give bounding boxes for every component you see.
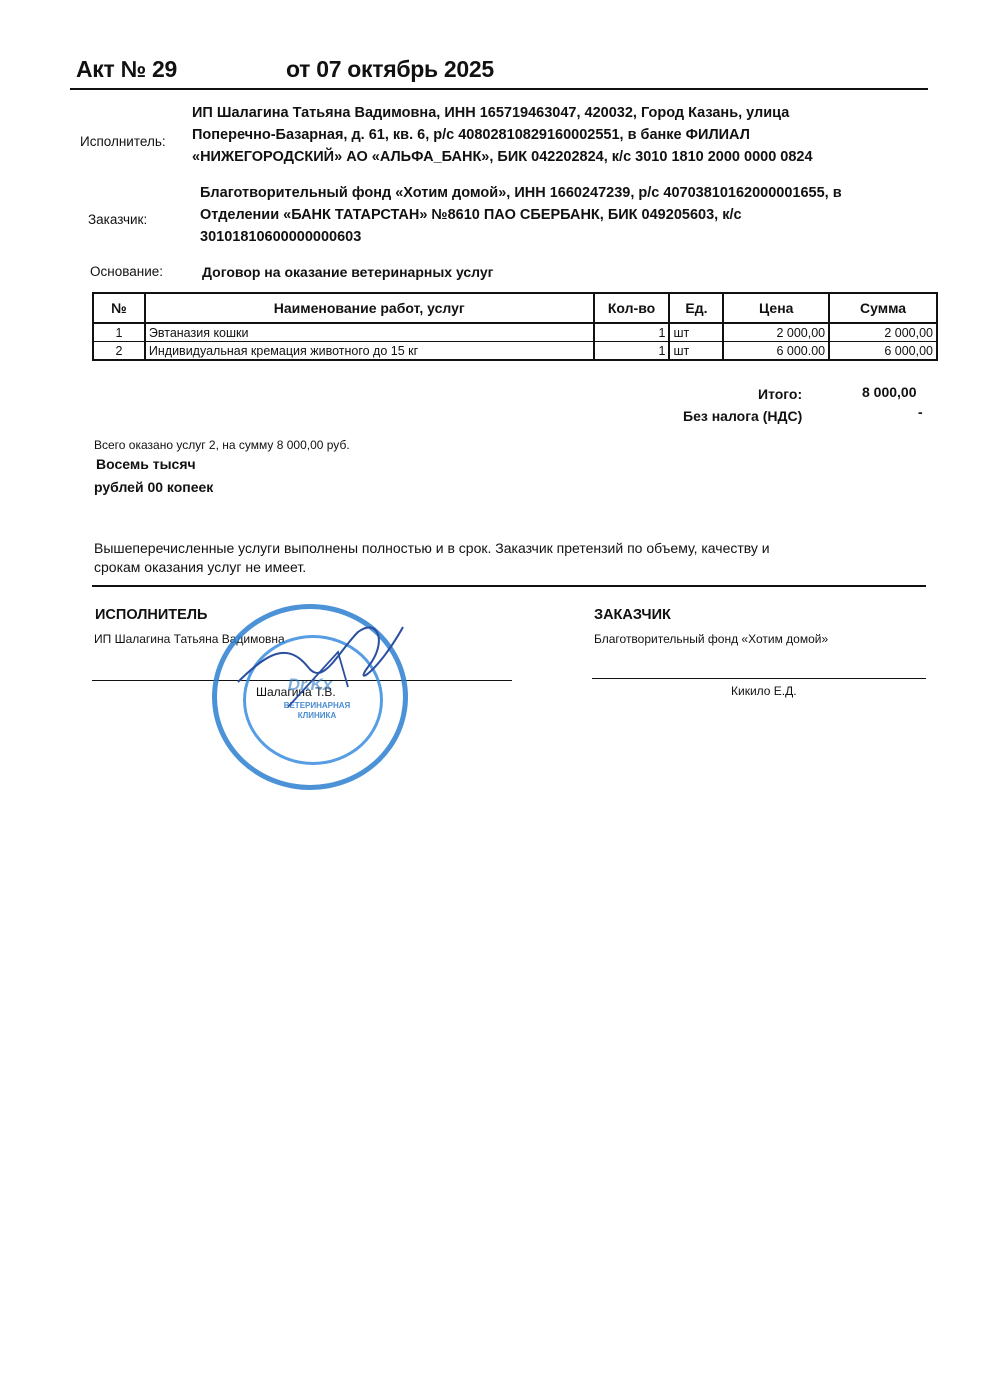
vat-value: - — [918, 404, 923, 420]
statement-divider — [92, 585, 926, 587]
col-header-unit: Ед. — [669, 293, 723, 323]
cell-qty: 1 — [594, 342, 670, 361]
cell-num: 1 — [93, 323, 145, 342]
executor-label: Исполнитель: — [80, 134, 166, 149]
col-header-sum: Сумма — [829, 293, 937, 323]
executor-line: Поперечно-Базарная, д. 61, кв. 6, р/с 40… — [192, 124, 813, 146]
cell-num: 2 — [93, 342, 145, 361]
completion-statement: Вышеперечисленные услуги выполнены полно… — [94, 539, 770, 577]
col-header-name: Наименование работ, услуг — [145, 293, 594, 323]
executor-line: ИП Шалагина Татьяна Вадимовна, ИНН 16571… — [192, 102, 813, 124]
col-header-num: № — [93, 293, 145, 323]
header-divider — [70, 88, 928, 90]
customer-details: Благотворительный фонд «Хотим домой», ИН… — [200, 182, 842, 248]
statement-line: Вышеперечисленные услуги выполнены полно… — [94, 539, 770, 558]
amount-in-words-1: Восемь тысяч — [96, 456, 196, 472]
cell-price: 6 000.00 — [723, 342, 829, 361]
total-label: Итого: — [758, 386, 802, 402]
total-value: 8 000,00 — [862, 384, 917, 400]
col-header-price: Цена — [723, 293, 829, 323]
basis-label: Основание: — [90, 264, 163, 279]
customer-name: Благотворительный фонд «Хотим домой» — [594, 632, 828, 646]
customer-heading: ЗАКАЗЧИК — [594, 607, 671, 623]
act-date: от 07 октябрь 2025 — [286, 56, 494, 83]
customer-signature-line — [592, 678, 926, 679]
items-table: № Наименование работ, услуг Кол-во Ед. Ц… — [92, 292, 938, 361]
services-summary: Всего оказано услуг 2, на сумму 8 000,00… — [94, 438, 350, 452]
cell-sum: 6 000,00 — [829, 342, 937, 361]
cell-unit: шт — [669, 323, 723, 342]
table-row: 1 Эвтаназия кошки 1 шт 2 000,00 2 000,00 — [93, 323, 937, 342]
cell-name: Эвтаназия кошки — [145, 323, 594, 342]
executor-line: «НИЖЕГОРОДСКИЙ» АО «АЛЬФА_БАНК», БИК 042… — [192, 146, 813, 168]
cell-price: 2 000,00 — [723, 323, 829, 342]
cell-unit: шт — [669, 342, 723, 361]
customer-label: Заказчик: — [88, 212, 147, 227]
cell-qty: 1 — [594, 323, 670, 342]
cell-sum: 2 000,00 — [829, 323, 937, 342]
act-title: Акт № 29 — [76, 56, 177, 83]
customer-line: Отделении «БАНК ТАТАРСТАН» №8610 ПАО СБЕ… — [200, 204, 842, 226]
col-header-qty: Кол-во — [594, 293, 670, 323]
table-header-row: № Наименование работ, услуг Кол-во Ед. Ц… — [93, 293, 937, 323]
basis-value: Договор на оказание ветеринарных услуг — [202, 264, 494, 280]
amount-in-words-2: рублей 00 копеек — [94, 479, 213, 495]
executor-details: ИП Шалагина Татьяна Вадимовна, ИНН 16571… — [192, 102, 813, 168]
executor-heading: ИСПОЛНИТЕЛЬ — [95, 607, 207, 623]
customer-line: 30101810600000000603 — [200, 226, 842, 248]
customer-sign-name: Кикило Е.Д. — [731, 684, 797, 698]
vat-label: Без налога (НДС) — [683, 408, 802, 424]
statement-line: срокам оказания услуг не имеет. — [94, 558, 770, 577]
table-row: 2 Индивидуальная кремация животного до 1… — [93, 342, 937, 361]
customer-line: Благотворительный фонд «Хотим домой», ИН… — [200, 182, 842, 204]
cell-name: Индивидуальная кремация животного до 15 … — [145, 342, 594, 361]
signature-scribble — [228, 612, 428, 722]
